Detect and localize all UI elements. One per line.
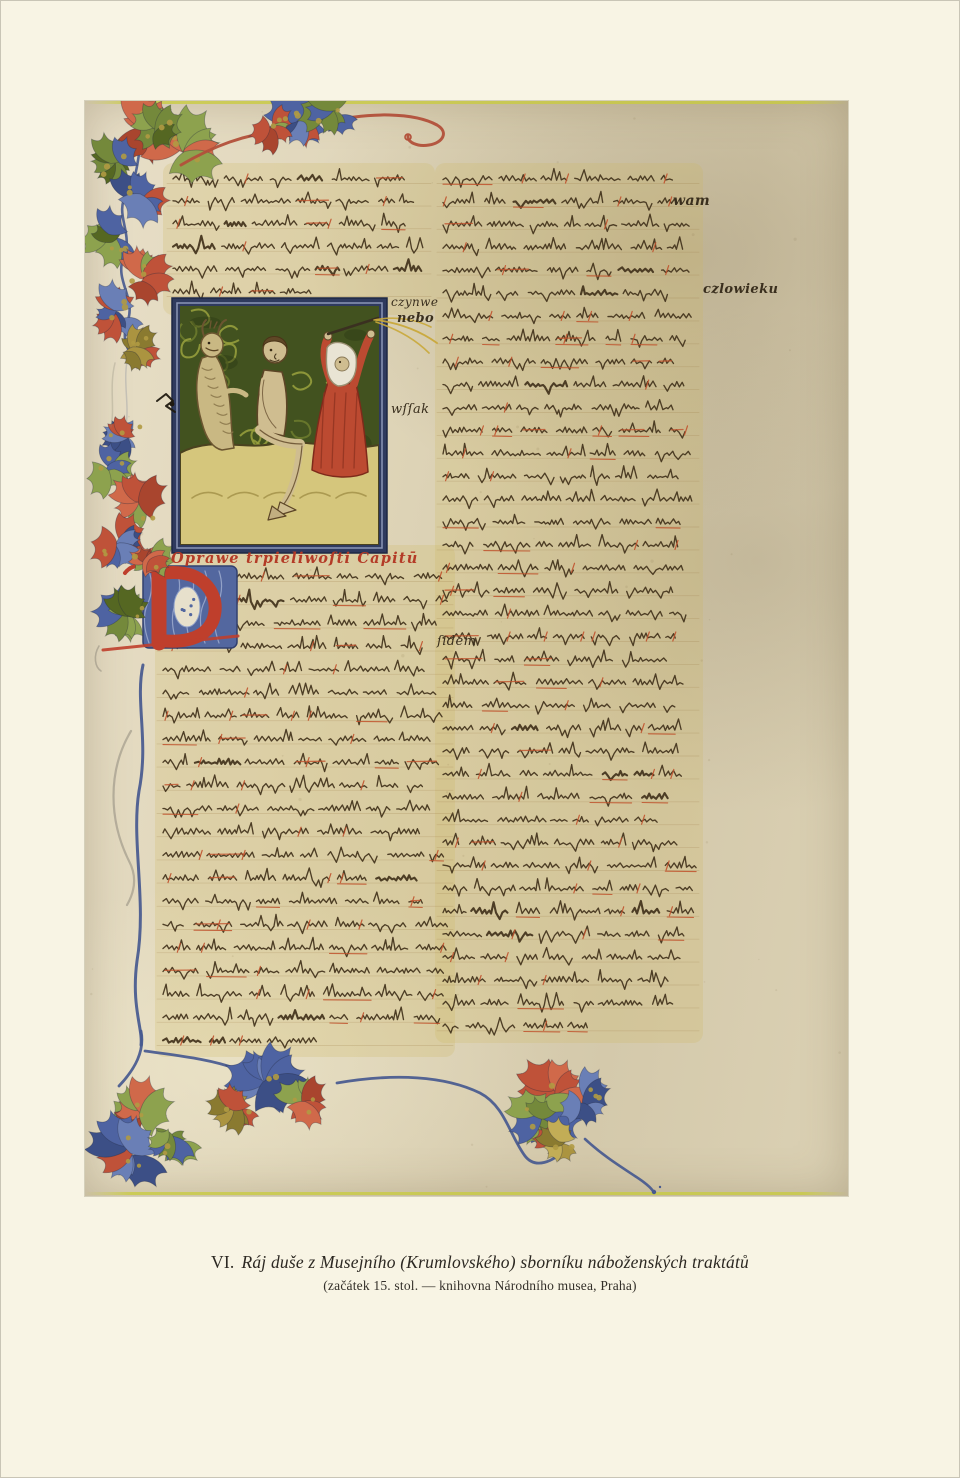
marginal-note-nebo: nebo [397,311,434,326]
plate-subtitle: (začátek 15. stol. — knihovna Národního … [0,1278,960,1294]
plate-title: Ráj duše z Musejního (Krumlovského) sbor… [241,1252,749,1272]
plate-number: VI. [211,1252,234,1272]
marginal-note-czlowieku: czlowieku [703,282,778,297]
marginal-note-wssak: wſſak [391,402,429,417]
book-page: czynwe nebo wſſak ſidem wam czlowieku Op… [0,0,960,1478]
rubric-heading: Oprawe trpieliwoſti Capitū [171,550,461,567]
caption: VI.Ráj duše z Musejního (Krumlovského) s… [0,1252,960,1294]
marginal-note-wam: wam [673,193,710,209]
marginal-note-czynwe: czynwe [391,295,438,309]
caption-line1: VI.Ráj duše z Musejního (Krumlovského) s… [0,1252,960,1273]
marginal-note-sidem: ſidem [437,634,476,649]
manuscript-plate: czynwe nebo wſſak ſidem wam czlowieku Op… [85,101,848,1196]
